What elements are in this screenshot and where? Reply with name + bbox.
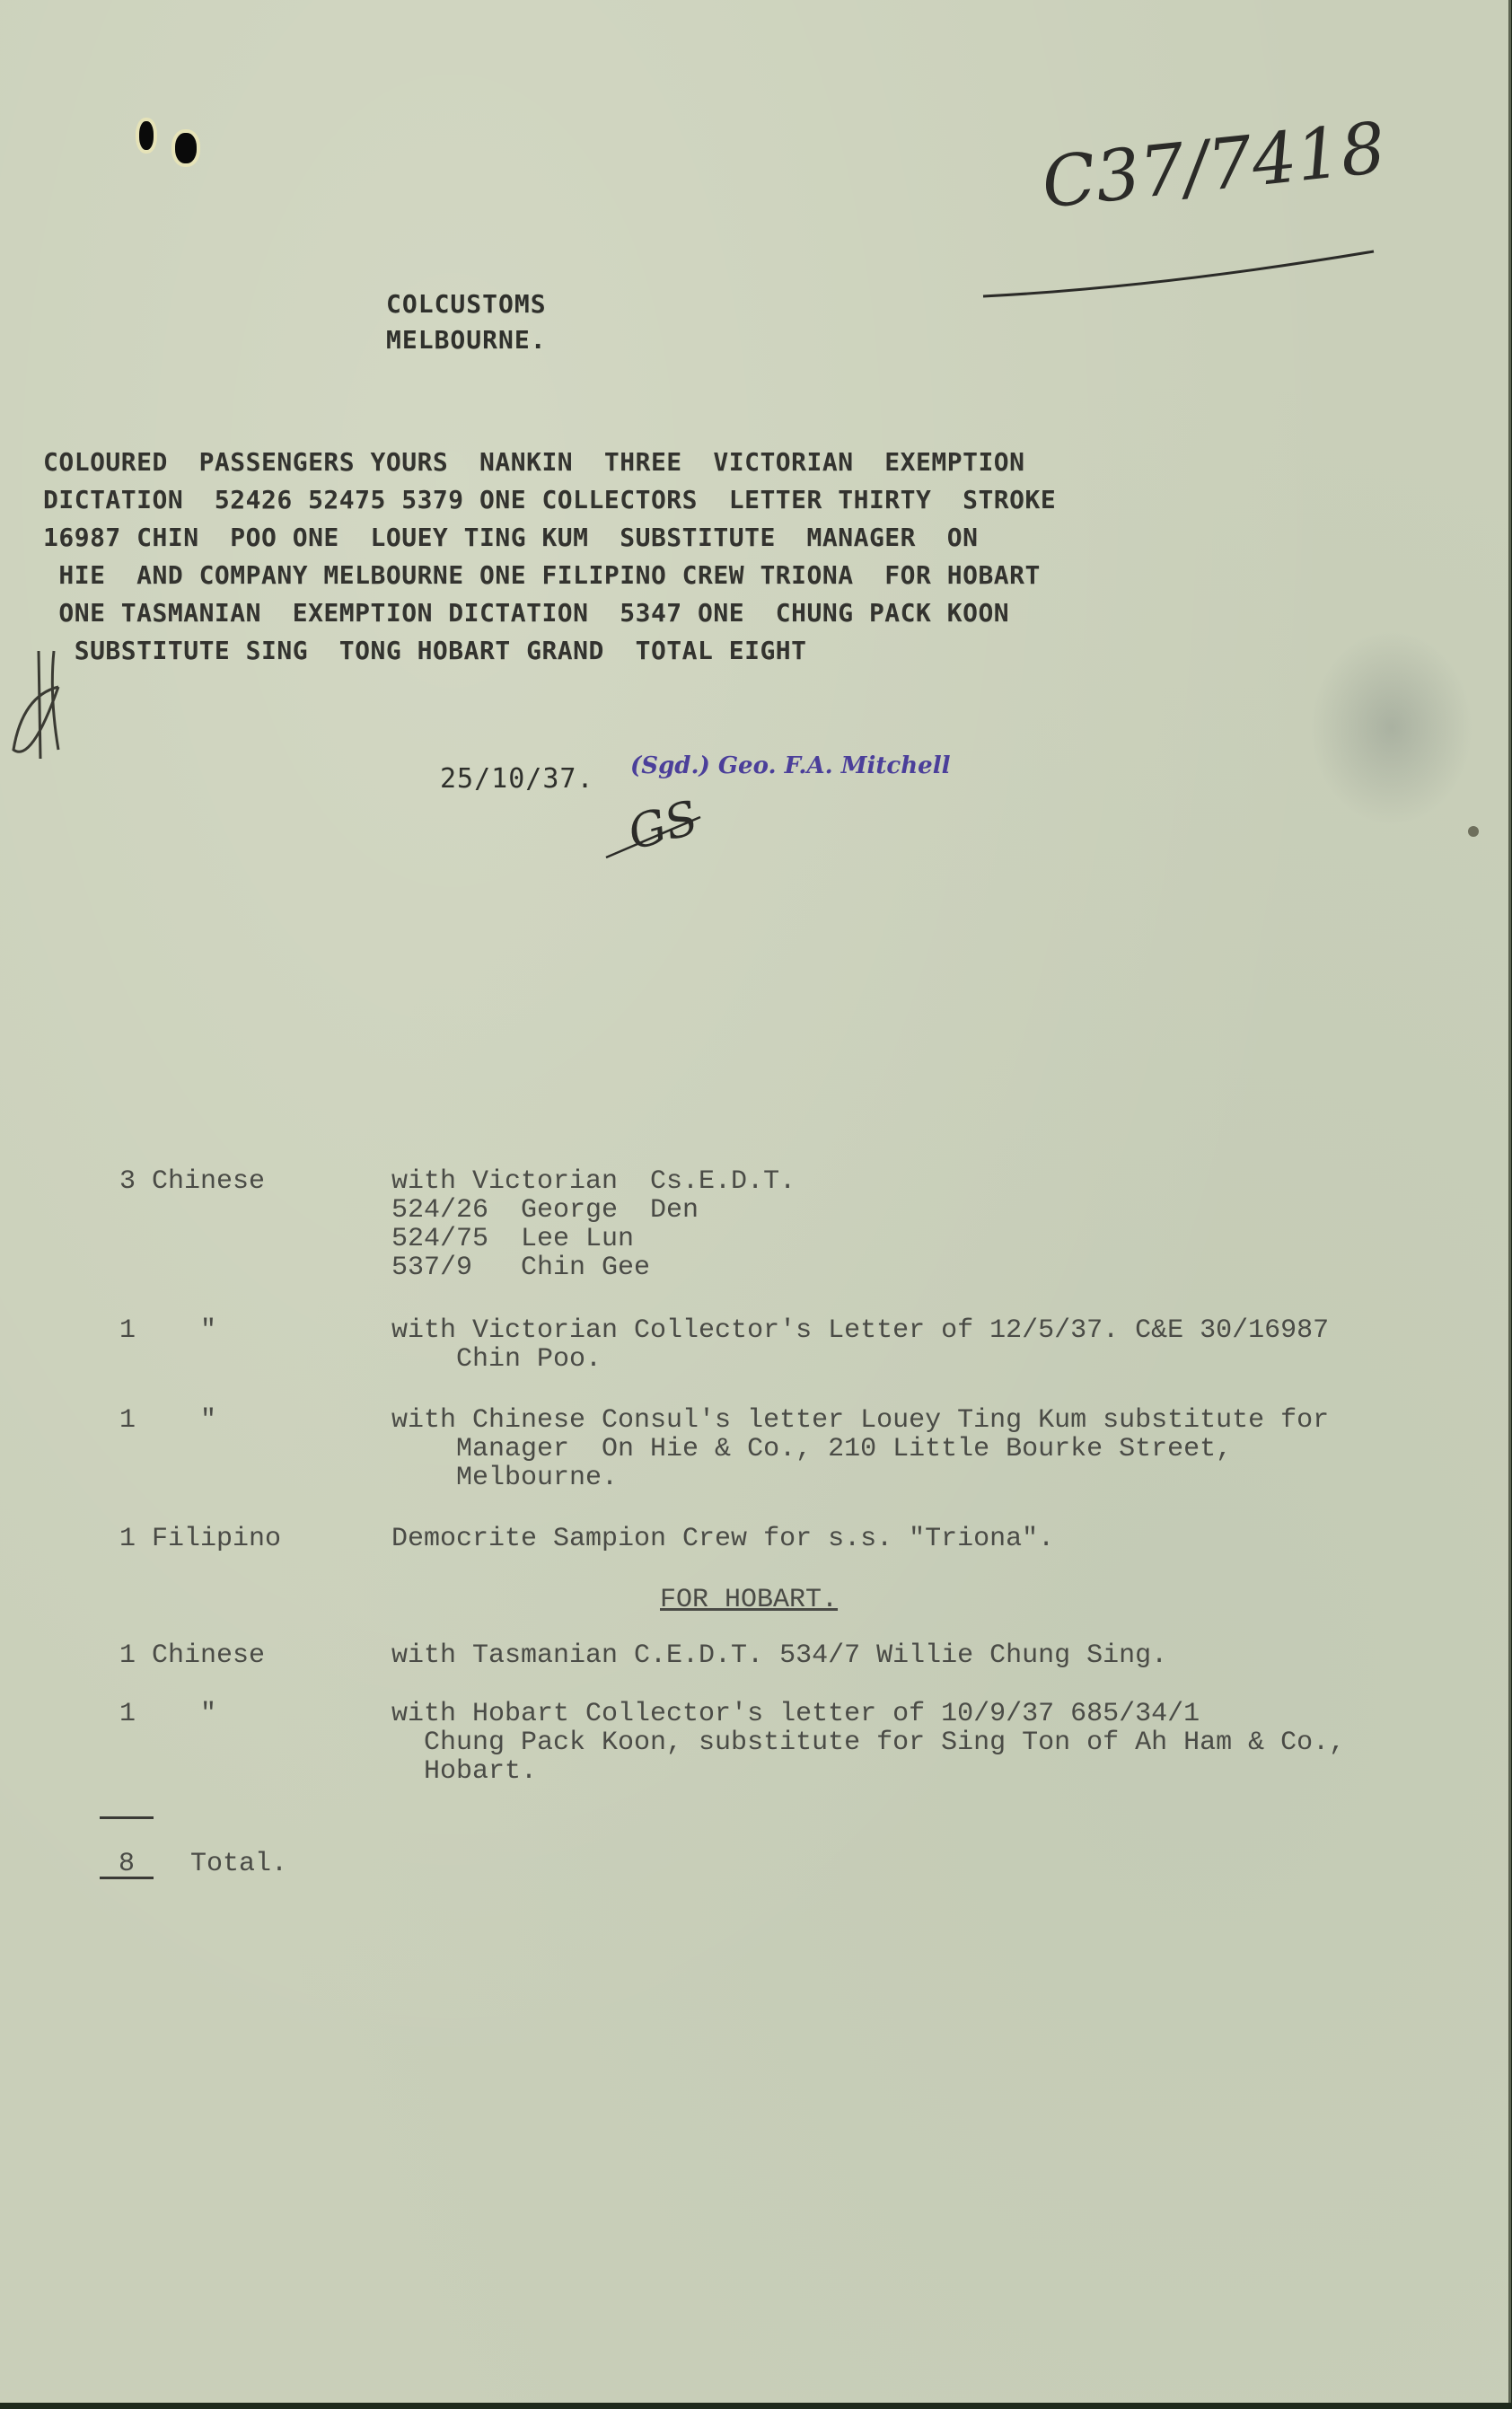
signature-stamp: (Sgd.) Geo. F.A. Mitchell — [630, 752, 950, 779]
initials-stroke-icon — [602, 813, 709, 866]
telegram-body: COLOURED PASSENGERS YOURS NANKIN THREE V… — [43, 447, 1056, 673]
schedule-line: 537/9 Chin Gee — [391, 1253, 796, 1282]
document-page: C37/7418 COLCUSTOMS MELBOURNE. COLOURED … — [0, 0, 1511, 2403]
section-heading-hobart: FOR HOBART. — [660, 1586, 838, 1614]
telegram-line: COLOURED PASSENGERS YOURS NANKIN THREE V… — [43, 447, 1056, 485]
schedule-line: Democrite Sampion Crew for s.s. "Triona"… — [391, 1525, 1054, 1553]
schedule-line: 524/26 George Den — [391, 1196, 796, 1225]
file-reference-underline-icon — [979, 233, 1383, 305]
schedule-line: Chung Pack Koon, substitute for Sing Ton… — [391, 1728, 1345, 1757]
total-number: 8 — [119, 1850, 135, 1878]
schedule-count: 1 " — [119, 1406, 216, 1435]
addressee-line-1: COLCUSTOMS — [386, 289, 547, 319]
schedule-line: with Hobart Collector's letter of 10/9/3… — [391, 1700, 1345, 1728]
schedule-line: with Victorian Collector's Letter of 12/… — [391, 1316, 1329, 1345]
punch-hole-icon — [175, 133, 197, 163]
addressee-line-2: MELBOURNE. — [386, 325, 547, 355]
schedule-count: 1 Chinese — [119, 1641, 265, 1670]
total-rule-top — [100, 1816, 154, 1819]
schedule-count: 1 Filipino — [119, 1525, 281, 1553]
schedule-count: 3 Chinese — [119, 1167, 265, 1196]
schedule-line: Chin Poo. — [391, 1345, 1329, 1374]
file-reference: C37/7418 — [1038, 108, 1389, 224]
telegram-line: ONE TASMANIAN EXEMPTION DICTATION 5347 O… — [43, 598, 1056, 636]
schedule-line: Melbourne. — [391, 1464, 1329, 1492]
total-label: Total. — [190, 1850, 287, 1878]
paper-spot-icon — [1468, 826, 1479, 837]
margin-pencil-mark-icon — [4, 642, 76, 768]
punch-hole-icon — [139, 121, 154, 150]
schedule-line: with Tasmanian C.E.D.T. 534/7 Willie Chu… — [391, 1641, 1167, 1670]
telegram-line: SUBSTITUTE SING TONG HOBART GRAND TOTAL … — [43, 636, 1056, 673]
schedule-count: 1 " — [119, 1316, 216, 1345]
schedule-count: 1 " — [119, 1700, 216, 1728]
telegram-line: HIE AND COMPANY MELBOURNE ONE FILIPINO C… — [43, 560, 1056, 598]
schedule-line: with Chinese Consul's letter Louey Ting … — [391, 1406, 1329, 1435]
schedule-line: Hobart. — [391, 1757, 1345, 1786]
schedule-line: 524/75 Lee Lun — [391, 1225, 796, 1253]
telegram-line: DICTATION 52426 52475 5379 ONE COLLECTOR… — [43, 485, 1056, 523]
schedule-line: Manager On Hie & Co., 210 Little Bourke … — [391, 1435, 1329, 1464]
telegram-line: 16987 CHIN POO ONE LOUEY TING KUM SUBSTI… — [43, 523, 1056, 560]
total-rule-bottom — [100, 1877, 154, 1879]
schedule-line: with Victorian Cs.E.D.T. — [391, 1167, 796, 1196]
telegram-date: 25/10/37. — [440, 763, 594, 795]
